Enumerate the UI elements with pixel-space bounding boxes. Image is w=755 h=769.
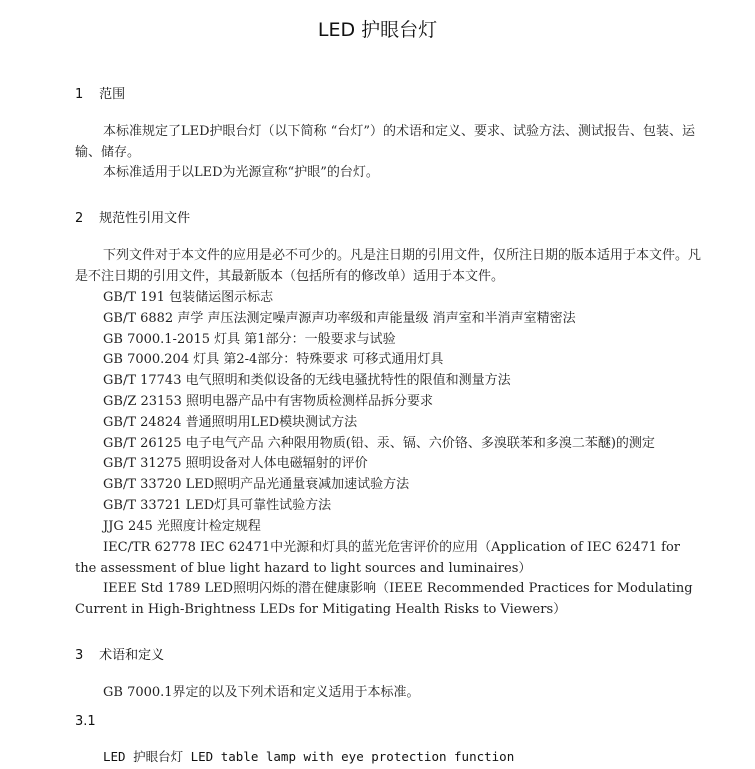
reference-item: GB/T 31275 照明设备对人体电磁辐射的评价 [103,454,368,475]
document-title: LED 护眼台灯 [0,15,755,42]
reference-item: JJG 245 光照度计检定规程 [103,517,261,538]
reference-item: GB/T 33720 LED照明产品光通量衰减加速试验方法 [103,475,409,496]
section-title: 术语和定义 [99,648,164,663]
reference-item: GB/T 24824 普通照明用LED模块测试方法 [103,413,357,434]
section-2-heading: 2 规范性引用文件 [75,207,190,226]
reference-item-long: IEC/TR 62778 IEC 62471中光源和灯具的蓝光危害评价的应用（A… [75,538,705,580]
references-intro: 下列文件对于本文件的应用是必不可少的。凡是注日期的引用文件，仅所注日期的版本适用… [75,246,705,288]
reference-item: GB/T 26125 电子电气产品 六种限用物质(铅、汞、镉、六价铬、多溴联苯和… [103,434,655,455]
terms-intro: GB 7000.1界定的以及下列术语和定义适用于本标准。 [75,683,705,704]
reference-item-long: IEEE Std 1789 LED照明闪烁的潜在健康影响（IEEE Recomm… [75,579,705,621]
reference-item: GB/T 17743 电气照明和类似设备的无线电骚扰特性的限值和测量方法 [103,371,511,392]
section-title: 规范性引用文件 [99,211,190,226]
section-1-heading: 1 范围 [75,83,125,102]
subsection-number: 3.1 [75,714,96,729]
reference-item: GB/Z 23153 照明电器产品中有害物质检测样品拆分要求 [103,392,433,413]
reference-item: GB/T 6882 声学 声压法测定噪声源声功率级和声能量级 消声室和半消声室精… [103,309,576,330]
section-3-heading: 3 术语和定义 [75,644,164,663]
reference-item: GB 7000.1-2015 灯具 第1部分：一般要求与试验 [103,330,396,351]
section-number: 2 [75,211,95,226]
term-definition: LED 护眼台灯 LED table lamp with eye protect… [103,747,514,765]
section-number: 1 [75,87,95,102]
reference-item: GB 7000.204 灯具 第2-4部分：特殊要求 可移式通用灯具 [103,350,443,371]
scope-paragraph: 本标准规定了LED护眼台灯（以下简称 “台灯”）的术语和定义、要求、试验方法、测… [75,122,705,164]
reference-item: GB/T 191 包装储运图示标志 [103,288,273,309]
section-title: 范围 [99,87,125,102]
section-number: 3 [75,648,95,663]
reference-item: GB/T 33721 LED灯具可靠性试验方法 [103,496,331,517]
scope-applicability: 本标准适用于以LED为光源宣称“护眼”的台灯。 [75,163,705,184]
